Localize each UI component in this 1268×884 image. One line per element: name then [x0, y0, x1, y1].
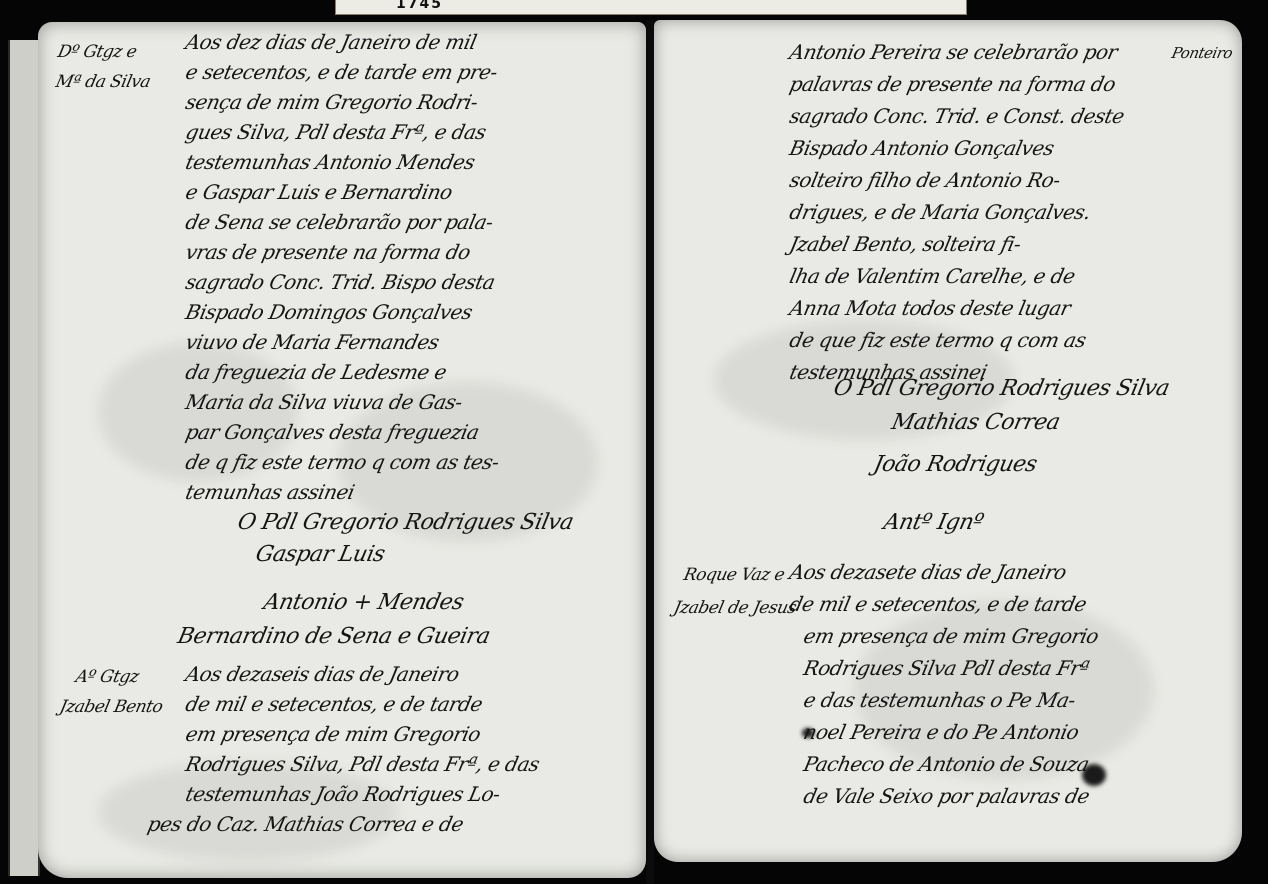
film-label-strip: 1745 — [335, 0, 967, 15]
manuscript-line: Anna Mota todos deste lugar — [787, 296, 1072, 320]
manuscript-line: pes do Caz. Mathias Correa e de — [145, 812, 465, 836]
manuscript-line: viuvo de Maria Fernandes — [183, 330, 441, 354]
margin-note: Roque Vaz e — [682, 565, 786, 585]
margin-note: Aº Gtgz — [74, 667, 141, 687]
manuscript-line: noel Pereira e do Pe Antonio — [801, 720, 1081, 744]
signature: Gaspar Luis — [253, 542, 387, 567]
manuscript-line: Rodrigues Silva, Pdl desta Frª, e das — [183, 752, 541, 776]
manuscript-line: drigues, e de Maria Gonçalves. — [787, 200, 1092, 224]
signature: Antonio + Mendes — [261, 590, 465, 615]
manuscript-line: de mil e setecentos, e de tarde — [183, 692, 484, 716]
left-page: Dº Gtgz eMª da SilvaAº GtgzJzabel BentoA… — [38, 22, 646, 878]
manuscript-line: sença de mim Gregorio Rodri- — [183, 90, 479, 114]
manuscript-line: de q fiz este termo q com as tes- — [183, 450, 501, 474]
signature: João Rodrigues — [871, 452, 1039, 477]
manuscript-line: testemunhas Antonio Mendes — [183, 150, 476, 174]
signature: Antº Ignº — [881, 510, 985, 535]
manuscript-line: de Vale Seixo por palavras de — [801, 784, 1091, 808]
manuscript-line: e Gaspar Luis e Bernardino — [183, 180, 454, 204]
manuscript-line: de que fiz este termo q com as — [787, 328, 1088, 352]
manuscript-line: solteiro filho de Antonio Ro- — [787, 168, 1062, 192]
manuscript-line: par Gonçalves desta freguezia — [183, 420, 481, 444]
manuscript-line: testemunhas João Rodrigues Lo- — [183, 782, 502, 806]
manuscript-line: Rodrigues Silva Pdl desta Frª — [801, 656, 1091, 680]
manuscript-line: palavras de presente na forma do — [787, 72, 1117, 96]
manuscript-line: em presença de mim Gregorio — [183, 722, 482, 746]
manuscript-line: Pacheco de Antonio de Souza — [801, 752, 1091, 776]
manuscript-line: e setecentos, e de tarde em pre- — [183, 60, 499, 84]
manuscript-line: sagrado Conc. Trid. Bispo desta — [183, 270, 497, 294]
manuscript-line: Maria da Silva viuva de Gas- — [183, 390, 464, 414]
manuscript-line: da freguezia de Ledesme e — [183, 360, 448, 384]
manuscript-line: gues Silva, Pdl desta Frª, e das — [183, 120, 488, 144]
manuscript-line: sagrado Conc. Trid. e Const. deste — [787, 104, 1126, 128]
manuscript-line: de mil e setecentos, e de tarde — [787, 592, 1088, 616]
margin-note: Dº Gtgz e — [56, 42, 139, 62]
manuscript-line: Bispado Domingos Gonçalves — [183, 300, 474, 324]
manuscript-line: lha de Valentim Carelhe, e de — [787, 264, 1077, 288]
manuscript-line: em presença de mim Gregorio — [801, 624, 1100, 648]
manuscript-line: Jzabel Bento, solteira fi- — [787, 232, 1023, 256]
corner-note: Ponteiro — [1170, 44, 1234, 62]
margin-note: Mª da Silva — [54, 72, 152, 92]
signature: Mathias Correa — [889, 410, 1062, 435]
signature: Bernardino de Sena e Gueira — [175, 624, 492, 649]
manuscript-line: vras de presente na forma do — [183, 240, 472, 264]
manuscript-line: temunhas assinei — [183, 480, 356, 504]
book-gutter — [646, 20, 654, 884]
manuscript-line: e das testemunhas o Pe Ma- — [801, 688, 1077, 712]
manuscript-line: Aos dezaseis dias de Janeiro — [183, 662, 461, 686]
manuscript-line: Aos dezasete dias de Janeiro — [787, 560, 1068, 584]
margin-note: Jzabel Bento — [58, 697, 165, 717]
manuscript-line: de Sena se celebrarão por pala- — [183, 210, 495, 234]
margin-note: Jzabel de Jesus — [672, 598, 798, 618]
book-edge — [8, 40, 40, 876]
manuscript-line: Aos dez dias de Janeiro de mil — [183, 30, 478, 54]
signature: O Pdl Gregorio Rodrigues Silva — [831, 376, 1171, 401]
right-page: Ponteiro Roque Vaz eJzabel de JesusAnton… — [654, 20, 1242, 862]
film-label-mark: 1745 — [396, 0, 443, 12]
manuscript-line: Antonio Pereira se celebrarão por — [787, 40, 1119, 64]
signature: O Pdl Gregorio Rodrigues Silva — [235, 510, 575, 535]
manuscript-line: Bispado Antonio Gonçalves — [787, 136, 1056, 160]
